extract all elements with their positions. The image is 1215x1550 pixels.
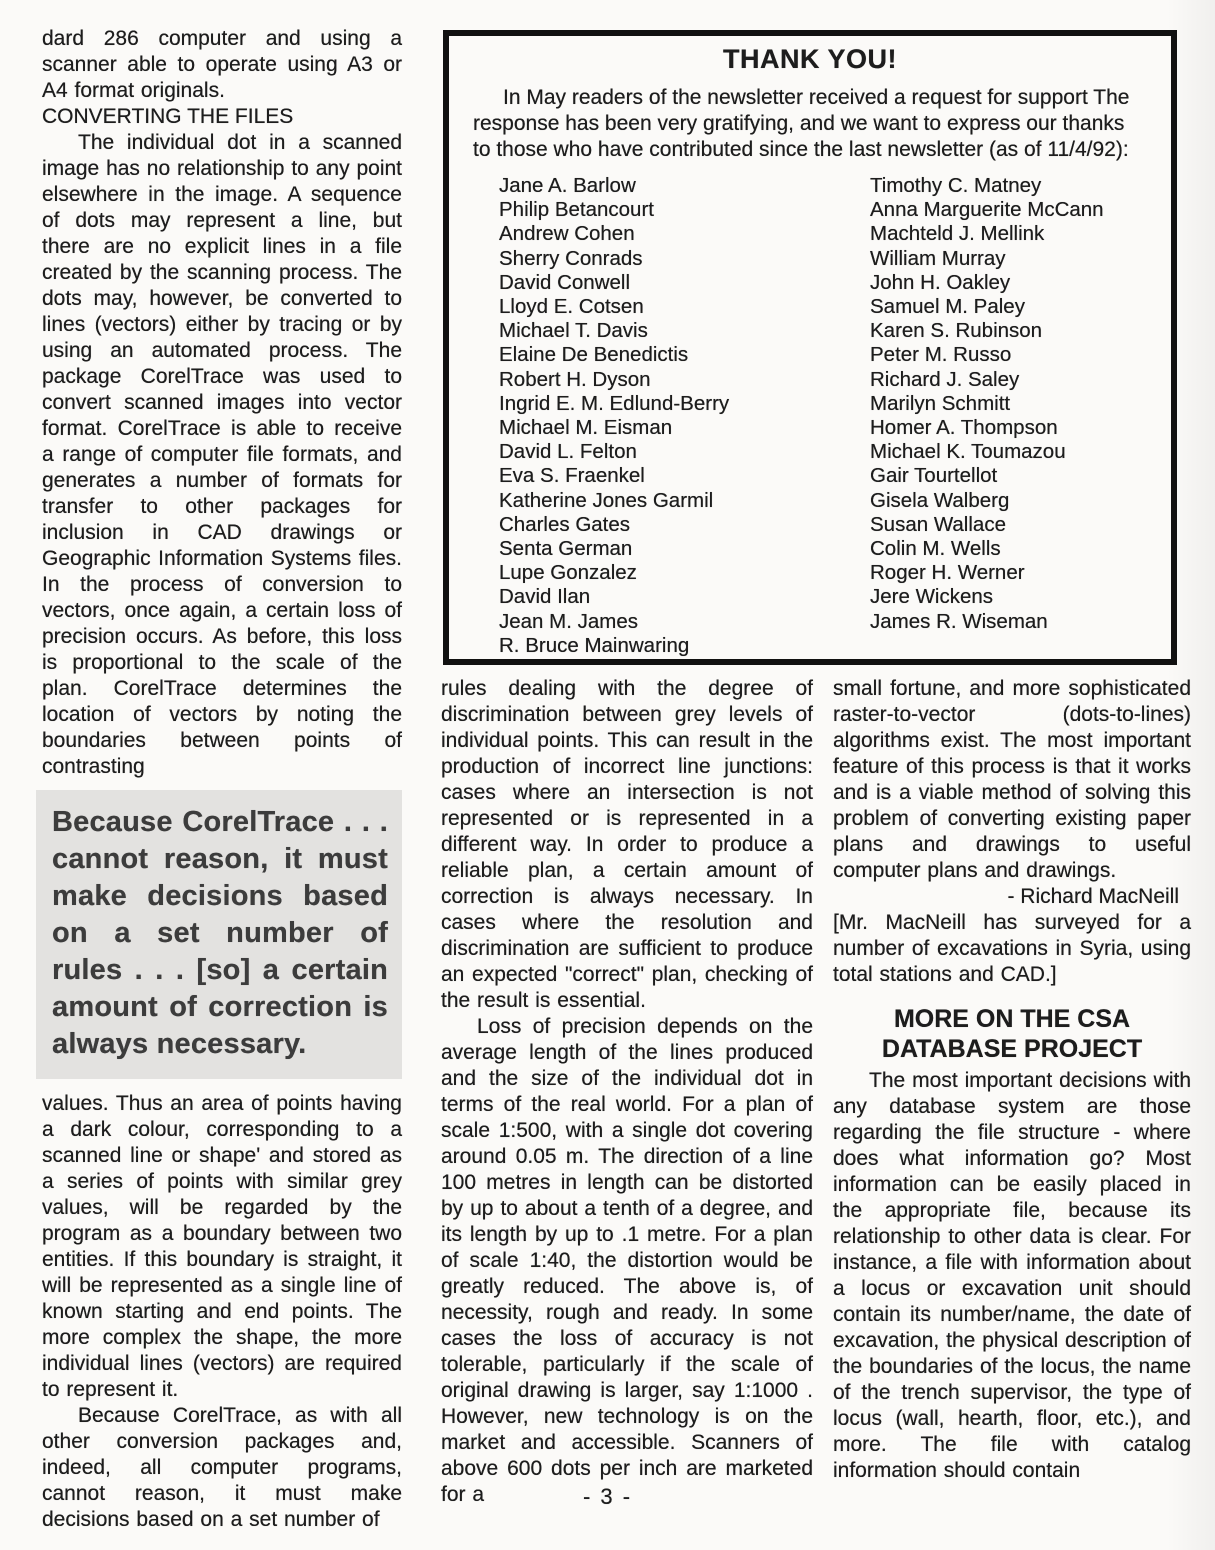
contributor-name: Michael M. Eisman [499,416,870,440]
contributor-names: Jane A. BarlowPhilip BetancourtAndrew Co… [449,174,1171,658]
contributor-name: Ingrid E. M. Edlund-Berry [499,392,870,416]
paragraph-because-coreltrace: Because CorelTrace, as with all other co… [42,1403,402,1533]
contributor-name: Karen S. Rubinson [870,319,1171,343]
paragraph-individual-dot: The individual dot in a scanned image ha… [42,130,402,780]
contributor-name: Susan Wallace [870,513,1171,537]
contributor-name: Philip Betancourt [499,198,870,222]
pull-quote: Because CorelTrace . . . cannot reason, … [36,790,402,1079]
paragraph-rules-dealing: rules dealing with the degree of discrim… [441,676,813,1014]
contributor-name: Anna Marguerite McCann [870,198,1171,222]
contributor-names-left: Jane A. BarlowPhilip BetancourtAndrew Co… [449,174,870,658]
contributor-name: Andrew Cohen [499,222,870,246]
contributor-name: Richard J. Saley [870,368,1171,392]
page-number: - 3 - [0,1484,1215,1510]
contributor-name: Michael K. Toumazou [870,440,1171,464]
contributor-name: Senta German [499,537,870,561]
contributor-name: Jean M. James [499,610,870,634]
contributor-name: Timothy C. Matney [870,174,1171,198]
contributor-name: Elaine De Benedictis [499,343,870,367]
contributor-name: Gair Tourtellot [870,464,1171,488]
contributor-name: Robert H. Dyson [499,368,870,392]
contributor-name: Roger H. Werner [870,561,1171,585]
contributor-names-right: Timothy C. MatneyAnna Marguerite McCannM… [870,174,1171,658]
heading-more-on-csa-database: MORE ON THE CSA DATABASE PROJECT [833,1004,1191,1064]
thank-you-box: THANK YOU! In May readers of the newslet… [443,30,1177,665]
contributor-name: John H. Oakley [870,271,1171,295]
paragraph-small-fortune: small fortune, and more sophisticated ra… [833,676,1191,884]
middle-column: rules dealing with the degree of discrim… [441,676,813,1508]
contributor-name: Eva S. Fraenkel [499,464,870,488]
paragraph-macneill-note: [Mr. MacNeill has surveyed for a number … [833,910,1191,988]
contributor-name: Machteld J. Mellink [870,222,1171,246]
contributor-name: David Conwell [499,271,870,295]
paragraph-database-decisions: The most important decisions with any da… [833,1068,1191,1484]
contributor-name: Lloyd E. Cotsen [499,295,870,319]
paragraph-continuation: dard 286 computer and using a scanner ab… [42,26,402,104]
left-column: dard 286 computer and using a scanner ab… [42,26,402,1533]
contributor-name: Peter M. Russo [870,343,1171,367]
contributor-name: R. Bruce Mainwaring [499,634,870,658]
thank-you-intro: In May readers of the newsletter receive… [449,85,1171,163]
contributor-name: Colin M. Wells [870,537,1171,561]
right-column: small fortune, and more sophisticated ra… [833,676,1191,1484]
contributor-name: Jane A. Barlow [499,174,870,198]
thank-you-title: THANK YOU! [449,44,1171,75]
contributor-name: Sherry Conrads [499,247,870,271]
contributor-name: James R. Wiseman [870,610,1171,634]
paragraph-loss-of-precision: Loss of precision depends on the average… [441,1014,813,1508]
contributor-name: Marilyn Schmitt [870,392,1171,416]
contributor-name: Katherine Jones Garmil [499,489,870,513]
contributor-name: William Murray [870,247,1171,271]
newsletter-page: dard 286 computer and using a scanner ab… [0,0,1215,1550]
contributor-name: Jere Wickens [870,585,1171,609]
contributor-name: Gisela Walberg [870,489,1171,513]
contributor-name: Samuel M. Paley [870,295,1171,319]
contributor-name: Homer A. Thompson [870,416,1171,440]
paragraph-values: values. Thus an area of points having a … [42,1091,402,1403]
heading-converting-the-files: CONVERTING THE FILES [42,104,402,130]
attribution-richard-macneill: - Richard MacNeill [833,884,1191,910]
contributor-name: David Ilan [499,585,870,609]
contributor-name: Charles Gates [499,513,870,537]
contributor-name: Lupe Gonzalez [499,561,870,585]
contributor-name: Michael T. Davis [499,319,870,343]
contributor-name: David L. Felton [499,440,870,464]
